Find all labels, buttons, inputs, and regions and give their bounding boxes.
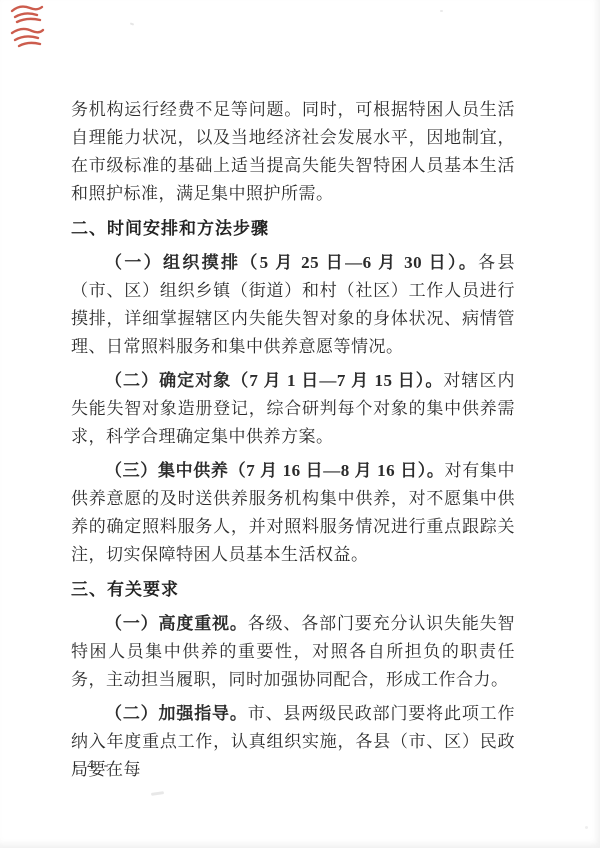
item-strengthen-guidance-title: （二）加强指导。 <box>105 704 248 723</box>
scan-speck <box>585 826 588 829</box>
document-page: 务机构运行经费不足等问题。同时，可根据特困人员生活自理能力状况，以及当地经济社会… <box>0 0 600 848</box>
item-determine-targets: （二）确定对象（7 月 1 日—7 月 15 日）。对辖区内失能失智对象造册登记… <box>71 367 515 451</box>
heading-section-3: 三、有关要求 <box>71 576 515 604</box>
red-ink-mark-strokes <box>7 2 47 50</box>
scan-speck <box>151 791 164 796</box>
item-strengthen-guidance: （二）加强指导。市、县两级民政部门要将此项工作纳入年度重点工作，认真组织实施，各… <box>71 700 515 784</box>
scan-speck <box>130 22 134 25</box>
paragraph-continuation: 务机构运行经费不足等问题。同时，可根据特困人员生活自理能力状况，以及当地经济社会… <box>71 96 515 208</box>
item-high-priority-title: （一）高度重视。 <box>105 614 248 633</box>
red-ink-marks <box>7 2 47 50</box>
item-survey-title: （一）组织摸排（5 月 25 日—6 月 30 日）。 <box>105 253 478 272</box>
item-centralized-care: （三）集中供养（7 月 16 日—8 月 16 日）。对有集中供养意愿的及时送供… <box>71 457 515 569</box>
page-number: - 4 - <box>73 758 111 774</box>
document-body: 务机构运行经费不足等问题。同时，可根据特困人员生活自理能力状况，以及当地经济社会… <box>71 96 515 784</box>
item-survey: （一）组织摸排（5 月 25 日—6 月 30 日）。各县（市、区）组织乡镇（街… <box>71 249 515 361</box>
item-determine-targets-title: （二）确定对象（7 月 1 日—7 月 15 日）。 <box>105 371 443 390</box>
scan-speck <box>440 10 443 12</box>
item-high-priority: （一）高度重视。各级、各部门要充分认识失能失智特困人员集中供养的重要性，对照各自… <box>71 610 515 694</box>
heading-section-2: 二、时间安排和方法步骤 <box>71 215 515 243</box>
item-centralized-care-title: （三）集中供养（7 月 16 日—8 月 16 日）。 <box>105 461 445 480</box>
